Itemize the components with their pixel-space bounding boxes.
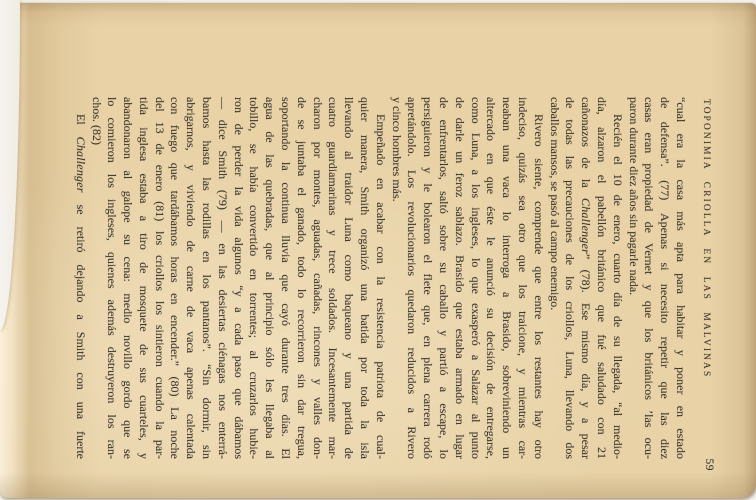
text-line: lo comieron los ingleses, quienes además…	[104, 97, 120, 459]
text-line: apretándolo. Los revolucionarios quedaro…	[404, 97, 420, 459]
text-line: chos. (82)	[88, 97, 104, 459]
text-line: soportando la continua lluvia que cayó d…	[277, 97, 293, 459]
text-line: abandonaron al galope su cena: medio nov…	[119, 97, 135, 459]
text-line: casas eran propiedad de Vernet y que los…	[641, 97, 657, 459]
text-line: — dice Smith (79) — en las desiertas cié…	[214, 97, 230, 459]
text-line: persiguieron y le bolearon el flete que,…	[419, 97, 435, 459]
text-line: Rivero siente, comprende que entre los r…	[530, 97, 546, 459]
text-line: de defensa”. (77) Apenas si necesito rep…	[656, 97, 672, 459]
text-line: de darle un feroz sablazo. Brasido que e…	[451, 97, 467, 459]
text-line: tobillo, se había convertido en torrente…	[246, 97, 262, 459]
text-line: bamos hasta las rodillas en los pantanos…	[198, 97, 214, 459]
text-line: cañonazos de la Challenger” (78). Ese mi…	[577, 97, 593, 459]
text-line: como Luna, a los ingleses, lo que exaspe…	[467, 97, 483, 459]
running-head: TOPONIMIA CRIOLLA EN LAS MALVINAS 59	[700, 97, 716, 459]
text-line: de enfrentarlos, saltó sobre su caballo …	[435, 97, 451, 459]
text-line: neaban una vaca lo interroga a Brasido, …	[498, 97, 514, 459]
page-title: TOPONIMIA CRIOLLA EN LAS MALVINAS	[701, 99, 711, 378]
text-line: de todas las precauciones de los criollo…	[562, 97, 578, 459]
text-line: ron de perder la vida algunos “y a cada …	[230, 97, 246, 459]
page-number: 59	[701, 459, 717, 472]
body-text: “cual era la casa más apta para habitar …	[72, 97, 688, 459]
text-line: abrigarnos, y viviendo de carne de vaca …	[183, 97, 199, 459]
text-line: Empeñado en acabar con la resistencia pa…	[372, 97, 388, 459]
text-line: día, alzaron el pabellón británico que f…	[593, 97, 609, 459]
text-line: tida inglesa estaba a tiro de mosquete d…	[135, 97, 151, 459]
text-line: cuatro guardiamarinas y trece soldados. …	[325, 97, 341, 459]
text-line: charon por montes, aguadas, cañadas, rin…	[309, 97, 325, 459]
text-line: caballos mansos, se pasó al campo enemig…	[546, 97, 562, 459]
text-line: Recién el 10 de enero, cuarto día de su …	[609, 97, 625, 459]
text-line: paron durante diez años sin pagarle nada…	[625, 97, 641, 459]
text-line: indeciso, quizás sea otro que los traici…	[514, 97, 530, 459]
scanned-book-page-photo: TOPONIMIA CRIOLLA EN LAS MALVINAS 59 “cu…	[0, 0, 756, 500]
page-text-block: TOPONIMIA CRIOLLA EN LAS MALVINAS 59 “cu…	[72, 97, 716, 459]
text-line: altercado en que éste le anunció su deci…	[483, 97, 499, 459]
text-line: quier manera, Smith organizó una batida …	[356, 97, 372, 459]
text-line: llevando al traidor Luna como baqueano y…	[340, 97, 356, 459]
text-line: agua de las quebradas, que al principio …	[261, 97, 277, 459]
rotated-page-sheet: TOPONIMIA CRIOLLA EN LAS MALVINAS 59 “cu…	[0, 0, 756, 500]
text-line: de se juntaba el ganado, todo lo recorri…	[293, 97, 309, 459]
text-line: con fuego que tardábamos horas en encend…	[167, 97, 183, 459]
text-line: El Challenger se retiró dejando a Smith …	[72, 97, 88, 459]
text-line: del 13 de enero (81) los criollos los si…	[151, 97, 167, 459]
text-line: “cual era la casa más apta para habitar …	[672, 97, 688, 459]
text-line: y cinco hombres más.	[388, 97, 404, 459]
